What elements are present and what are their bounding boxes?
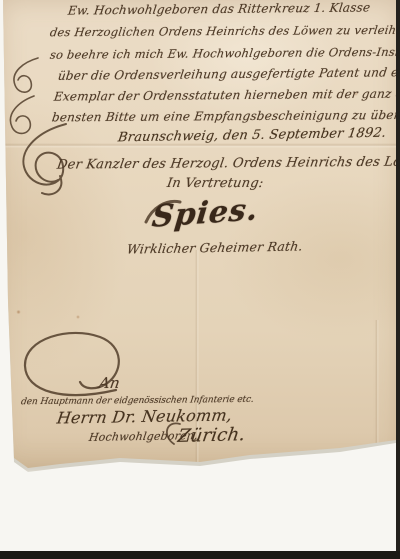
handwritten-line: Ew. Hochwohlgeboren das Ritterkreuz 1. K… (67, 0, 371, 17)
scan-edge-right (396, 0, 400, 559)
handwritten-line: bensten Bitte um eine Empfangsbescheinig… (51, 108, 400, 125)
scan-edge-bottom (0, 551, 400, 559)
handwritten-line: Exemplar der Ordensstatuten hierneben mi… (53, 86, 400, 103)
address-city: Zürich. (176, 424, 246, 447)
document-page: Ew. Hochwohlgeboren das Ritterkreuz 1. K… (0, 0, 400, 470)
sender-title: Der Kanzler des Herzogl. Ordens Heinrich… (56, 154, 400, 172)
foxing-spot (16, 310, 21, 314)
signature: Spies. (150, 192, 260, 235)
margin-paraph-icon (14, 58, 38, 92)
in-vertretung-label: In Vertretung: (166, 176, 265, 191)
vertical-fold-crease-right (375, 320, 379, 450)
handwritten-line: so beehre ich mich Ew. Hochwohlgeboren d… (49, 44, 400, 62)
margin-paraph-icon (10, 96, 34, 133)
dateline: Braunschweig, den 5. September 1892. (117, 126, 387, 146)
signer-title: Wirklicher Geheimer Rath. (126, 238, 304, 256)
scanned-document-photo: Ew. Hochwohlgeboren das Ritterkreuz 1. K… (0, 0, 400, 559)
handwritten-line: über die Ordensverleihung ausgefertigte … (57, 65, 400, 83)
handwritten-line: des Herzoglichen Ordens Heinrichs des Lö… (49, 23, 400, 40)
address-an: An (98, 374, 122, 392)
foxing-spot (76, 315, 80, 319)
